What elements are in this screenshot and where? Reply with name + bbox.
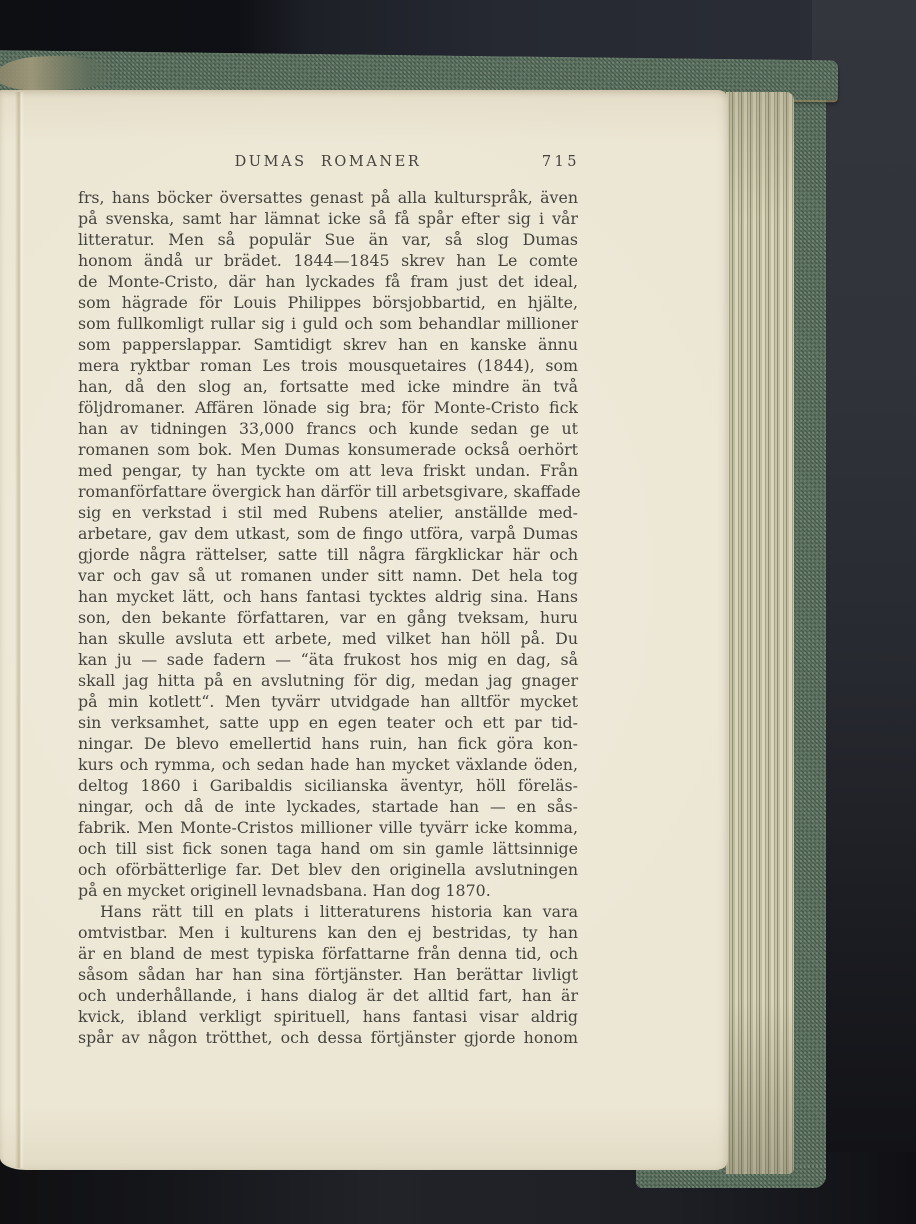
text-line: på en mycket originell levnadsbana. Han … bbox=[78, 880, 578, 901]
text-line: sig en verkstad i stil med Rubens atelie… bbox=[78, 502, 578, 523]
text-line: romanen som bok. Men Dumas konsumerade o… bbox=[78, 439, 578, 460]
text-line: med pengar, ty han tyckte om att leva fr… bbox=[78, 460, 578, 481]
text-line: litteratur. Men så populär Sue än var, s… bbox=[78, 229, 578, 250]
running-header: DUMAS ROMANER 715 bbox=[78, 154, 578, 174]
page-number: 715 bbox=[542, 154, 580, 170]
text-line: på svenska, samt har lämnat icke så få s… bbox=[78, 208, 578, 229]
text-line: kvick, ibland verkligt spirituell, hans … bbox=[78, 1006, 578, 1027]
text-line: de Monte-Cristo, där han lyckades få fra… bbox=[78, 271, 578, 292]
text-line: kurs och rymma, och sedan hade han mycke… bbox=[78, 754, 578, 775]
text-line: är en bland de mest typiska författarne … bbox=[78, 943, 578, 964]
text-line: skall jag hitta på en avslutning för dig… bbox=[78, 670, 578, 691]
text-line: mera ryktbar roman Les trois mousquetair… bbox=[78, 355, 578, 376]
text-line: Hans rätt till en plats i litteraturens … bbox=[78, 901, 578, 922]
body-text: frs, hans böcker översattes genast på al… bbox=[78, 187, 578, 1048]
text-line: omtvistbar. Men i kulturens kan den ej b… bbox=[78, 922, 578, 943]
text-line: romanförfattare övergick han därför till… bbox=[78, 481, 578, 502]
text-line: som fullkomligt rullar sig i guld och so… bbox=[78, 313, 578, 334]
text-line: såsom sådan har han sina förtjänster. Ha… bbox=[78, 964, 578, 985]
text-line: och till sist fick sonen taga hand om si… bbox=[78, 838, 578, 859]
book-scan-scene: DUMAS ROMANER 715 frs, hans böcker övers… bbox=[0, 0, 916, 1224]
text-line: han skulle avsluta ett arbete, med vilke… bbox=[78, 628, 578, 649]
text-line: han, då den slog an, fortsatte med icke … bbox=[78, 376, 578, 397]
text-line: och oförbätterlige far. Det blev den ori… bbox=[78, 859, 578, 880]
text-line: deltog 1860 i Garibaldis sicilianska äve… bbox=[78, 775, 578, 796]
text-line: ningar. De blevo emellertid hans ruin, h… bbox=[78, 733, 578, 754]
text-line: honom ändå ur brädet. 1844—1845 skrev ha… bbox=[78, 250, 578, 271]
text-line: gjorde några rättelser, satte till några… bbox=[78, 544, 578, 565]
page-gutter-crease bbox=[15, 92, 24, 1168]
text-line: som papperslappar. Samtidigt skrev han e… bbox=[78, 334, 578, 355]
page-title: DUMAS ROMANER bbox=[78, 154, 578, 170]
text-line: var och gav så ut romanen under sitt nam… bbox=[78, 565, 578, 586]
text-line: son, den bekante författaren, var en gån… bbox=[78, 607, 578, 628]
backdrop-right-cloth bbox=[812, 0, 916, 1224]
text-line: han av tidningen 33,000 francs och kunde… bbox=[78, 418, 578, 439]
text-line: kan ju — sade fadern — “äta frukost hos … bbox=[78, 649, 578, 670]
text-line: och underhållande, i hans dialog är det … bbox=[78, 985, 578, 1006]
text-line: sin verksamhet, satte upp en egen teater… bbox=[78, 712, 578, 733]
text-line: arbetare, gav dem utkast, som de fingo u… bbox=[78, 523, 578, 544]
text-line: som hägrade för Louis Philippes börsjobb… bbox=[78, 292, 578, 313]
text-line: följdromaner. Affären lönade sig bra; fö… bbox=[78, 397, 578, 418]
page-fore-edge-stack bbox=[726, 92, 794, 1174]
text-line: han mycket lätt, och hans fantasi tyckte… bbox=[78, 586, 578, 607]
text-line: spår av någon trötthet, och dessa förtjä… bbox=[78, 1027, 578, 1048]
book-cover-right-edge bbox=[792, 76, 826, 1186]
text-line: fabrik. Men Monte-Cristos millioner vill… bbox=[78, 817, 578, 838]
text-line: ningar, och då de inte lyckades, startad… bbox=[78, 796, 578, 817]
text-line: frs, hans böcker översattes genast på al… bbox=[78, 187, 578, 208]
text-line: på min kotlett“. Men tyvärr utvidgade ha… bbox=[78, 691, 578, 712]
